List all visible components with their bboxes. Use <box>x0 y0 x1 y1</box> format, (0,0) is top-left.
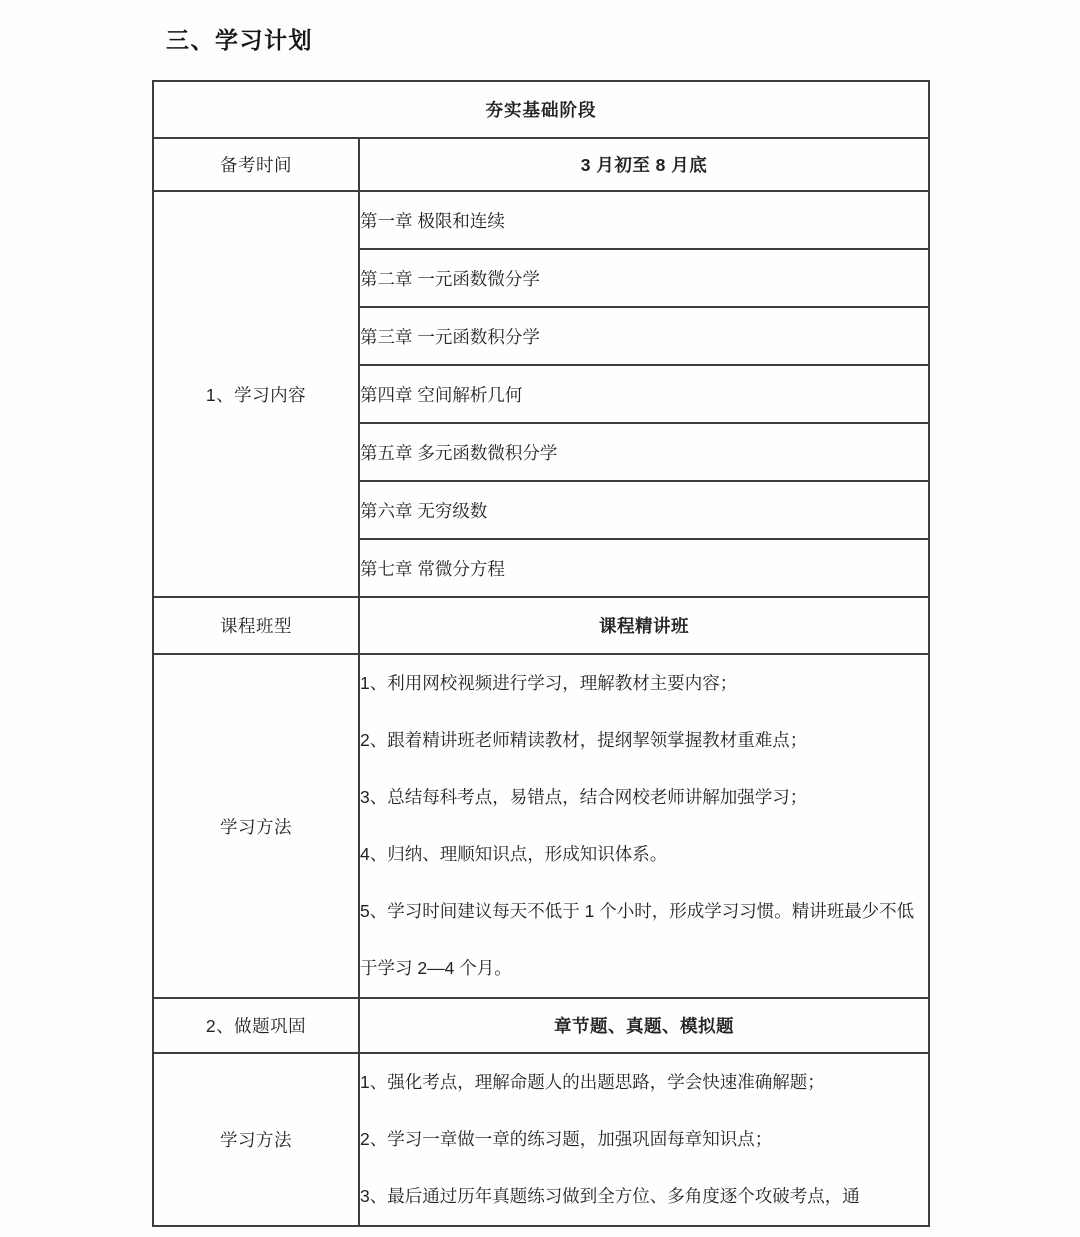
method-item: 1、利用网校视频进行学习，理解教材主要内容； <box>360 655 928 712</box>
study-method-row-2: 学习方法 1、强化考点，理解命题人的出题思路，学会快速准确解题； 2、学习一章做… <box>153 1053 929 1226</box>
page-title: 三、学习计划 <box>166 22 313 55</box>
study-method-label: 学习方法 <box>153 654 359 998</box>
method-item: 3、最后通过历年真题练习做到全方位、多角度逐个攻破考点，通 <box>360 1168 928 1225</box>
chapter-item: 第二章 一元函数微分学 <box>359 249 929 307</box>
method-item: 5、学习时间建议每天不低于 1 个小时，形成学习习惯。精讲班最少不低于学习 2—… <box>360 883 928 997</box>
prep-time-label: 备考时间 <box>153 138 359 191</box>
course-type-label: 课程班型 <box>153 597 359 654</box>
method-item: 3、总结每科考点，易错点，结合网校老师讲解加强学习； <box>360 769 928 826</box>
study-method-items: 1、强化考点，理解命题人的出题思路，学会快速准确解题； 2、学习一章做一章的练习… <box>359 1053 929 1226</box>
document-page: 三、学习计划 夯实基础阶段 备考时间 3 月初至 8 月底 1、学习内容 第一章… <box>0 0 1080 1237</box>
chapter-item: 第四章 空间解析几何 <box>359 365 929 423</box>
study-method-items: 1、利用网校视频进行学习，理解教材主要内容； 2、跟着精讲班老师精读教材，提纲挈… <box>359 654 929 998</box>
chapter-item: 第三章 一元函数积分学 <box>359 307 929 365</box>
method-item: 1、强化考点，理解命题人的出题思路，学会快速准确解题； <box>360 1054 928 1111</box>
chapter-item: 第七章 常微分方程 <box>359 539 929 597</box>
table-header-row: 夯实基础阶段 <box>153 81 929 138</box>
study-content-label: 1、学习内容 <box>153 191 359 597</box>
practice-label: 2、做题巩固 <box>153 998 359 1053</box>
study-method-label: 学习方法 <box>153 1053 359 1226</box>
practice-row: 2、做题巩固 章节题、真题、模拟题 <box>153 998 929 1053</box>
method-item: 2、跟着精讲班老师精读教材，提纲挈领掌握教材重难点； <box>360 712 928 769</box>
course-type-value: 课程精讲班 <box>359 597 929 654</box>
practice-value: 章节题、真题、模拟题 <box>359 998 929 1053</box>
study-plan-table: 夯实基础阶段 备考时间 3 月初至 8 月底 1、学习内容 第一章 极限和连续 … <box>152 80 930 1227</box>
course-type-row: 课程班型 课程精讲班 <box>153 597 929 654</box>
stage-header: 夯实基础阶段 <box>153 81 929 138</box>
method-item: 2、学习一章做一章的练习题，加强巩固每章知识点； <box>360 1111 928 1168</box>
chapter-item: 第五章 多元函数微积分学 <box>359 423 929 481</box>
method-item: 4、归纳、理顺知识点，形成知识体系。 <box>360 826 928 883</box>
prep-time-row: 备考时间 3 月初至 8 月底 <box>153 138 929 191</box>
chapter-item: 第六章 无穷级数 <box>359 481 929 539</box>
study-method-row-1: 学习方法 1、利用网校视频进行学习，理解教材主要内容； 2、跟着精讲班老师精读教… <box>153 654 929 998</box>
chapter-row: 1、学习内容 第一章 极限和连续 <box>153 191 929 249</box>
chapter-item: 第一章 极限和连续 <box>359 191 929 249</box>
prep-time-value: 3 月初至 8 月底 <box>359 138 929 191</box>
